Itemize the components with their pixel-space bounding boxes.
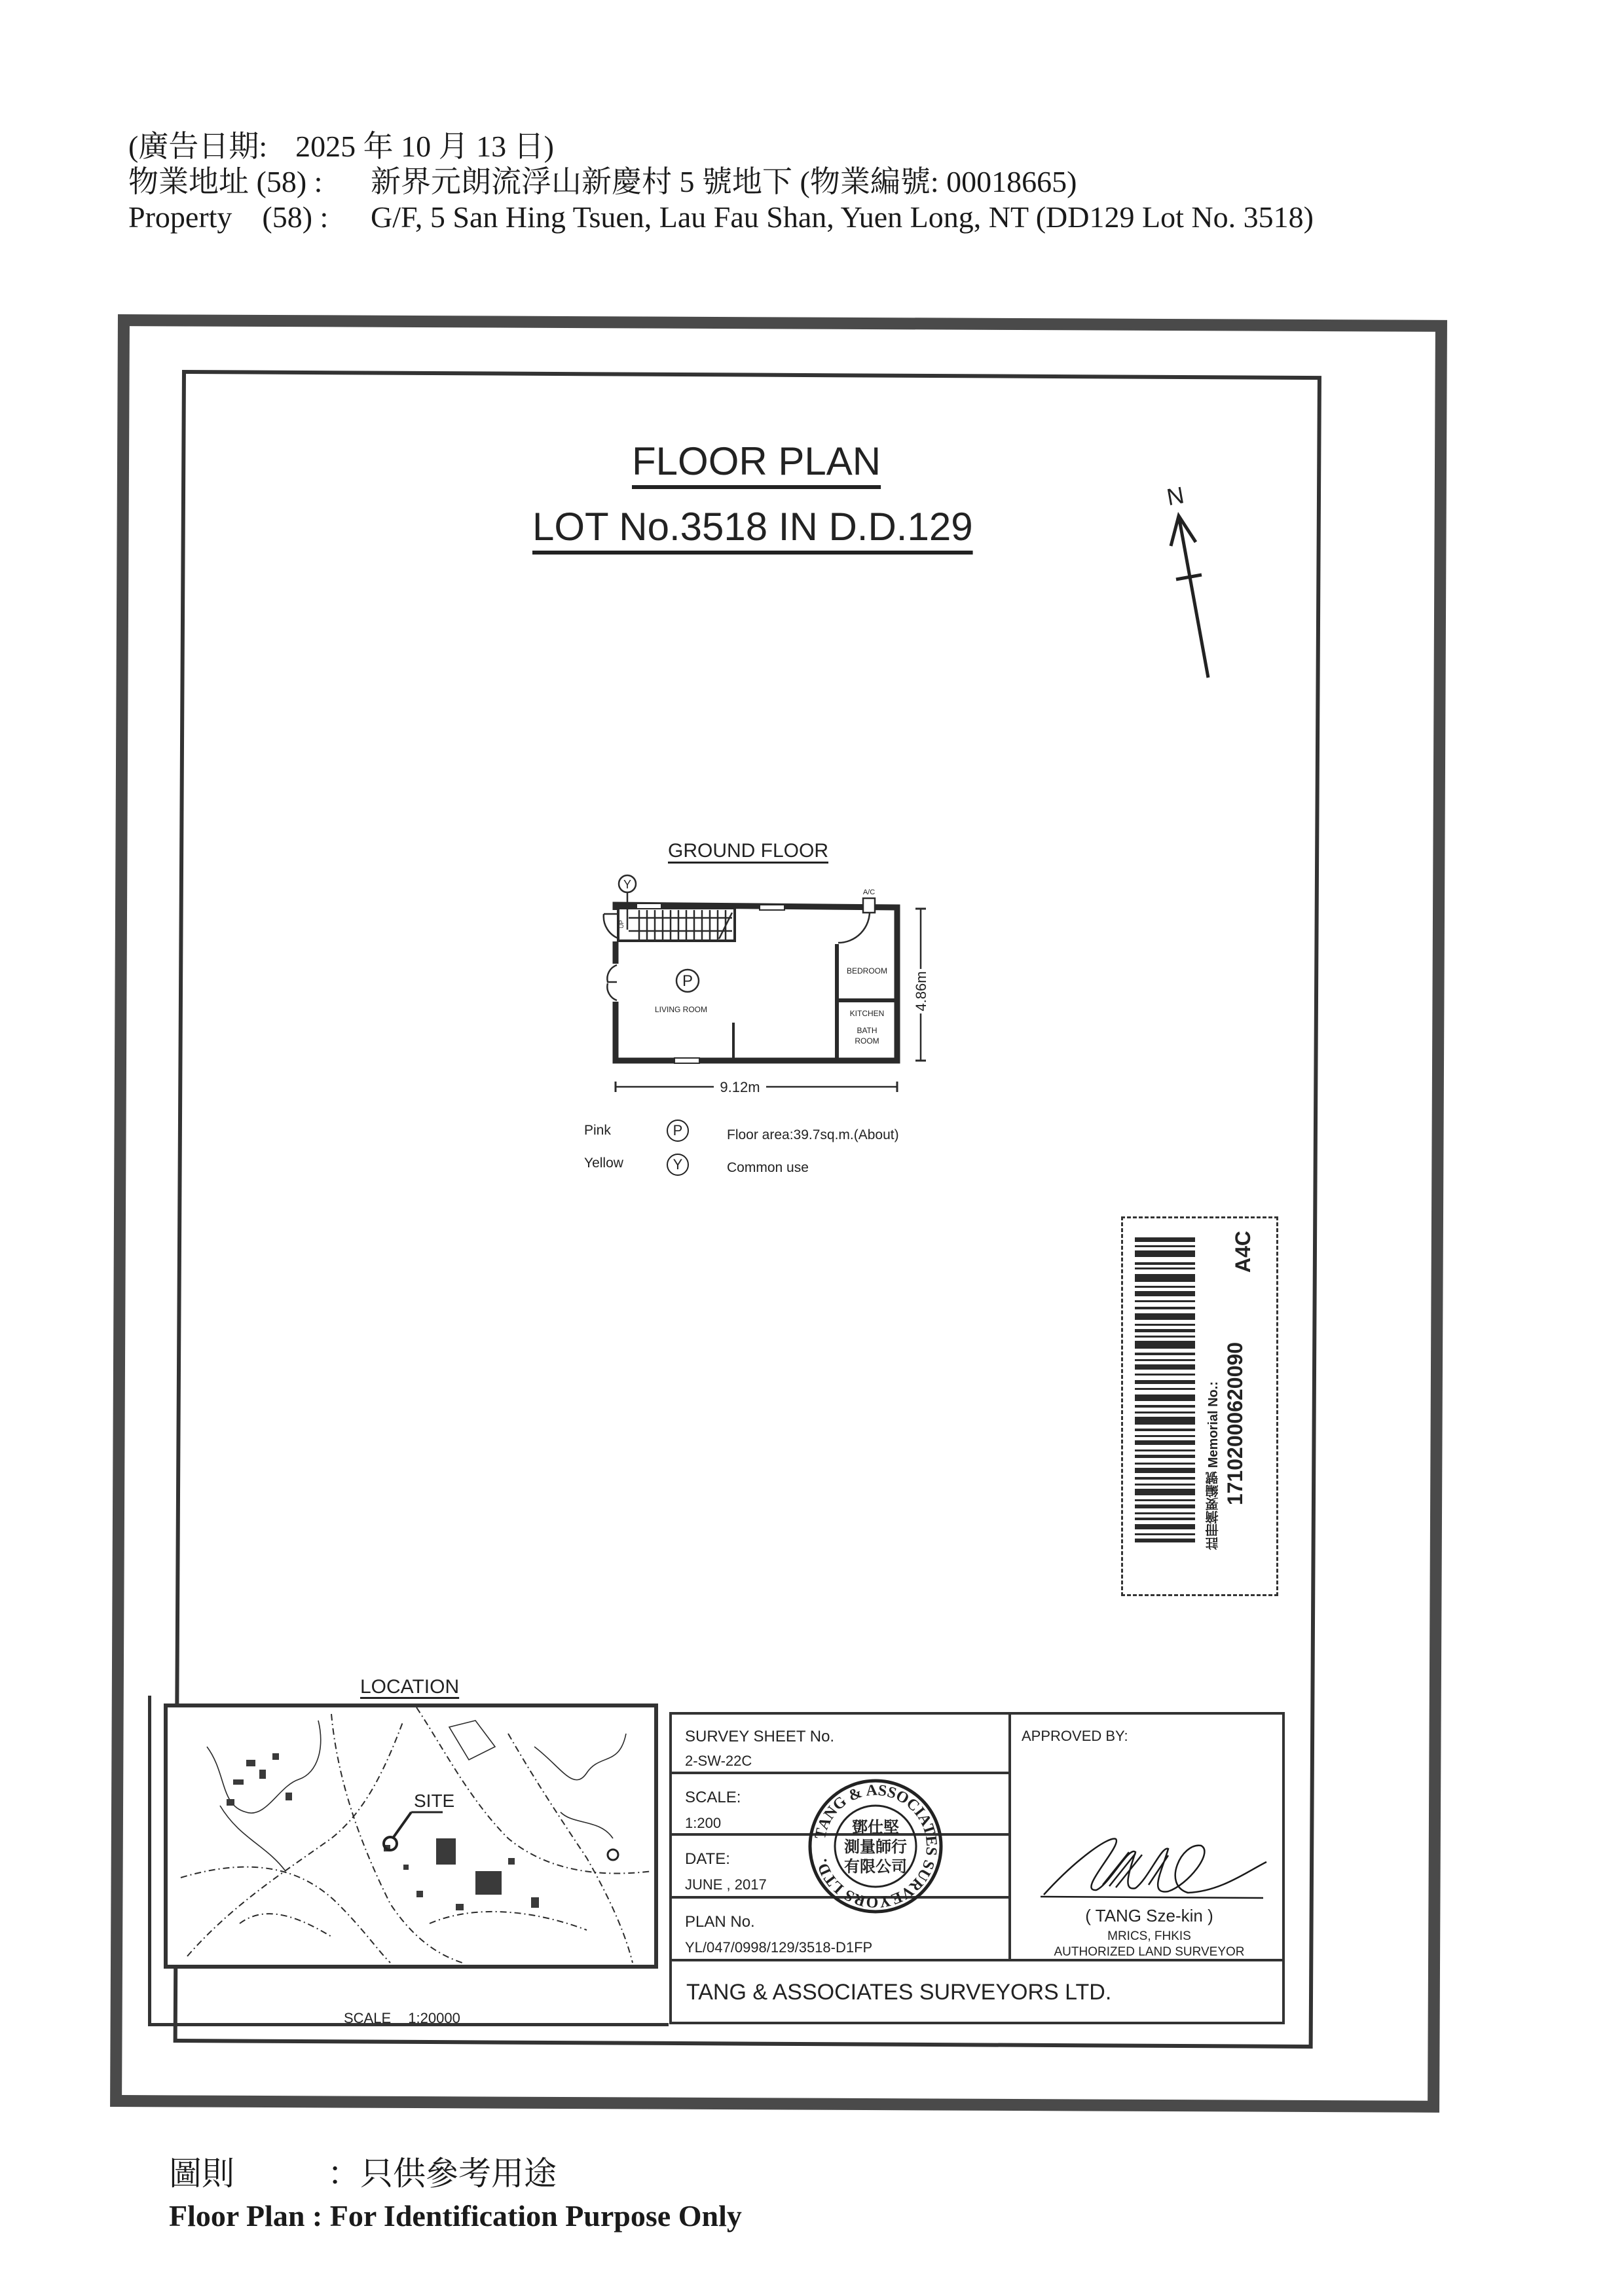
memorial-caption-zh: 註冊摘要編號 [1206,1472,1221,1550]
kitchen-label: KITCHEN [850,1009,885,1018]
location-scale: SCALE 1:20000 [344,2010,460,2027]
scale-value: 1:200 [685,1815,721,1832]
floor-plan-drawing: Y P UP A/C LIVING ROOM BEDROOM KITCHEN B… [576,871,943,1106]
date-label: DATE: [685,1850,730,1868]
company-stamp-icon: TANG & ASSOCIATES SURVEYORS LTD. 鄧仕堅 測量師… [807,1777,944,1915]
bath-label-line1: BATH [857,1026,877,1035]
footer-zh-value: ：只供參考用途 [327,2147,557,2195]
north-arrow-icon: N [1153,478,1231,687]
advertisement-date: (廣告日期: 2025 年 10 月 13 日) [128,128,554,165]
ground-floor-title: GROUND FLOOR [668,840,828,862]
surveyor-qualifications: MRICS, FHKIS [1011,1929,1287,1944]
memorial-caption-en: Memorial No.: [1206,1381,1221,1468]
legend-yellow-symbol: Y [667,1154,689,1176]
date-value: JUNE , 2017 [685,1876,767,1893]
approved-by-label: APPROVED BY: [1022,1728,1128,1745]
location-title: LOCATION [360,1676,459,1698]
north-label: N [1165,481,1187,511]
bedroom-label: BEDROOM [847,966,887,975]
location-map: SITE [164,1704,658,1969]
plan-title: FLOOR PLAN [632,439,881,484]
footer-zh-label: 圖則 [169,2147,234,2195]
bath-label-line2: ROOM [855,1036,879,1046]
living-room-label: LIVING ROOM [655,1005,707,1014]
depth-dimension: 4.86m [913,971,929,1011]
surveyor-name: ( TANG Sze-kin ) [1011,1906,1287,1926]
company-cell: TANG & ASSOCIATES SURVEYORS LTD. [669,1959,1285,2024]
legend-yellow-color: Yellow [584,1156,623,1171]
location-scale-value: 1:20000 [408,2010,460,2026]
scale-label: SCALE: [685,1789,741,1807]
legend-pink-description: Floor area:39.7sq.m.(About) [727,1127,899,1143]
stair-up-label: UP [618,920,625,928]
address-en-value: G/F, 5 San Hing Tsuen, Lau Fau Shan, Yue… [371,200,1314,234]
location-scale-label: SCALE [344,2010,391,2026]
plan-no-value: YL/047/0998/129/3518-D1FP [685,1939,872,1956]
legend-pink-symbol: P [667,1120,689,1142]
stamp-inner-line2: 測量師行 [844,1838,907,1856]
memorial-caption: 註冊摘要編號 Memorial No.: [1204,1381,1223,1550]
survey-sheet-label: SURVEY SHEET No. [685,1728,834,1746]
address-zh-label: 物業地址 (58) : [128,164,371,200]
address-en-label: Property (58) : [128,199,371,236]
ad-date-label: (廣告日期: [128,130,267,163]
ad-date-value: 2025 年 10 月 13 日) [295,130,554,163]
barcode-icon [1130,1231,1198,1584]
approval-cell: APPROVED BY: ( TANG Sze-kin ) MRICS, FHK… [1008,1712,1285,1961]
company-name: TANG & ASSOCIATES SURVEYORS LTD. [686,1980,1111,2005]
stamp-inner-line3: 有限公司 [844,1857,907,1876]
private-area-marker: P [682,972,693,990]
title-block: SURVEY SHEET No. 2-SW-22C SCALE: 1:200 D… [669,1712,1285,2046]
common-use-marker: Y [623,878,631,891]
survey-sheet-cell: SURVEY SHEET No. 2-SW-22C [669,1712,1011,1774]
ac-label: A/C [863,888,875,896]
plan-no-label: PLAN No. [685,1913,755,1931]
footer-disclaimer: Floor Plan : For Identification Purpose … [169,2198,742,2233]
site-label: SITE [414,1791,454,1811]
signature-icon [1037,1832,1273,1904]
property-address-zh: 物業地址 (58) :新界元朗流浮山新慶村 5 號地下 (物業編號: 00018… [128,164,1077,200]
memorial-number: 17102000620090 [1223,1342,1247,1505]
property-address-en: Property (58) :G/F, 5 San Hing Tsuen, La… [128,199,1314,236]
legend-pink-color: Pink [584,1123,611,1139]
stamp-inner-line1: 鄧仕堅 [852,1818,899,1836]
width-dimension: 9.12m [720,1079,760,1095]
address-zh-value: 新界元朗流浮山新慶村 5 號地下 (物業編號: 00018665) [371,165,1077,198]
barcode-code: A4C [1231,1231,1255,1273]
legend-yellow-description: Common use [727,1160,809,1176]
location-map-drawing: SITE [168,1707,654,1965]
lot-subtitle: LOT No.3518 IN D.D.129 [532,504,973,549]
survey-sheet-value: 2-SW-22C [685,1753,752,1770]
surveyor-title: AUTHORIZED LAND SURVEYOR [1011,1945,1287,1959]
